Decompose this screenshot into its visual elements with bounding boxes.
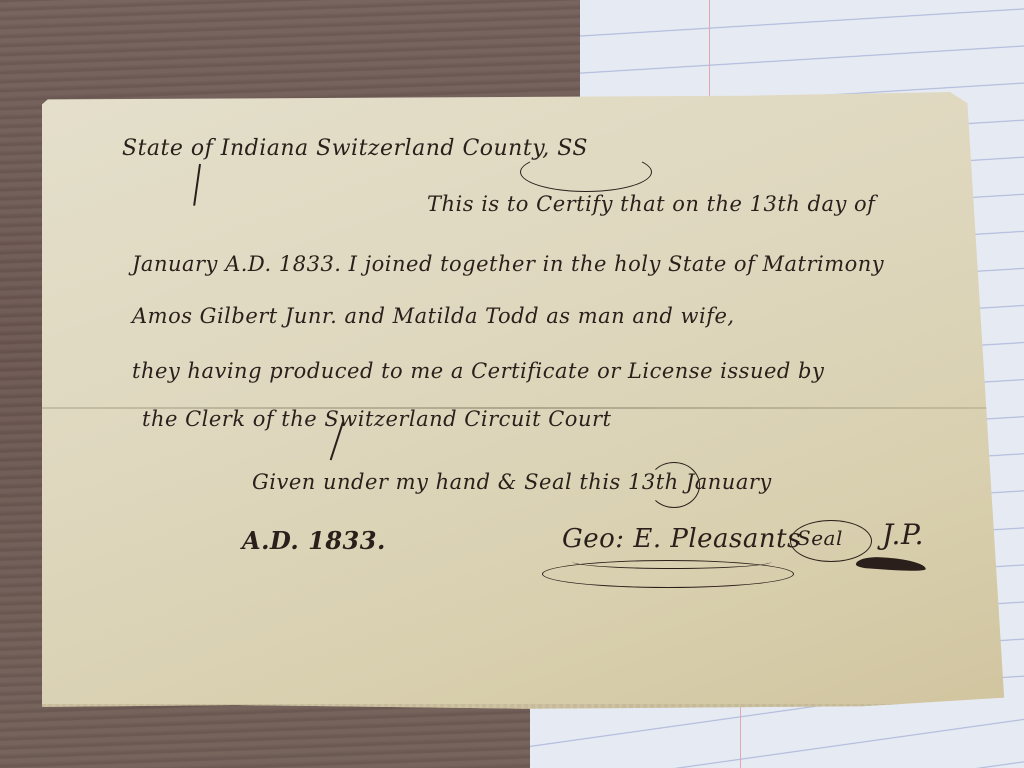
justice-signature: Geo: E. Pleasants [562,524,801,554]
ink-blot-mark [856,556,927,573]
seal-label: Seal [797,526,843,550]
notebook-margin-line [740,705,741,768]
document-line-4: they having produced to me a Certificate… [132,359,824,383]
county-flourish [520,152,652,192]
marriage-certificate: State of Indiana Switzerland County, SS … [42,92,1008,710]
ink-descender-stroke [193,164,200,206]
this-flourish [648,462,700,508]
document-line-3: Amos Gilbert Junr. and Matilda Todd as m… [132,304,735,328]
justice-of-peace-label: J.P. [882,518,924,551]
year-line: A.D. 1833. [242,526,386,555]
document-heading: State of Indiana Switzerland County, SS [122,136,588,161]
document-line-1: This is to Certify that on the 13th day … [427,192,875,216]
lined-notebook-paper-lower [530,705,1024,768]
signature-underline [572,554,772,569]
document-line-2: January A.D. 1833. I joined together in … [132,252,884,276]
document-line-5: the Clerk of the Switzerland Circuit Cou… [142,407,611,431]
